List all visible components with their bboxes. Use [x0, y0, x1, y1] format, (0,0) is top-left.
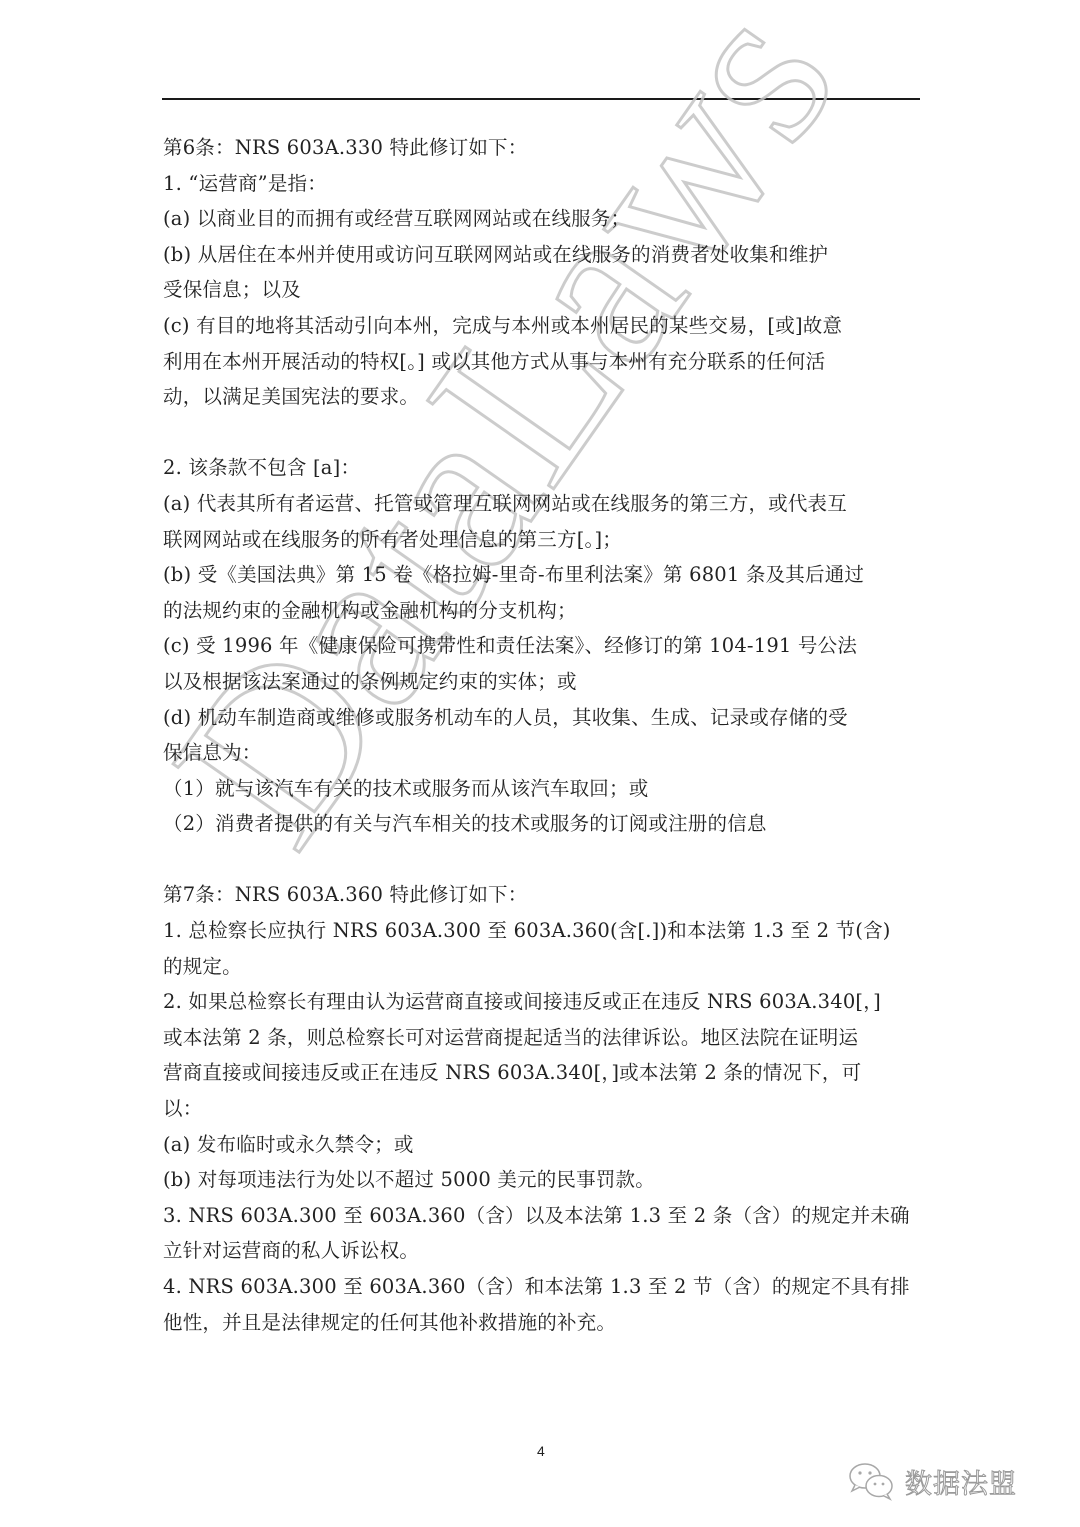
paragraph-line: 以： — [163, 1091, 923, 1127]
paragraph-line: 1. “运营商”是指： — [163, 166, 923, 202]
page-number: 4 — [537, 1443, 545, 1459]
paragraph-line: (a) 代表其所有者运营、托管或管理互联网网站或在线服务的第三方，或代表互 — [163, 486, 923, 522]
paragraph-line: 的法规约束的金融机构或金融机构的分支机构； — [163, 593, 923, 629]
paragraph-line: 2. 如果总检察长有理由认为运营商直接或间接违反或正在违反 NRS 603A.3… — [163, 984, 923, 1020]
paragraph-line: 立针对运营商的私人诉讼权。 — [163, 1233, 923, 1269]
paragraph-line: 2. 该条款不包含 [a]： — [163, 450, 923, 486]
paragraph-line: 的规定。 — [163, 949, 923, 985]
paragraph-line: (d) 机动车制造商或维修或服务机动车的人员，其收集、生成、记录或存储的受 — [163, 700, 923, 736]
paragraph-line: 保信息为： — [163, 735, 923, 771]
paragraph-line: (b) 对每项违法行为处以不超过 5000 美元的民事罚款。 — [163, 1162, 923, 1198]
paragraph-line: (b) 受《美国法典》第 15 卷《格拉姆-里奇-布里利法案》第 6801 条及… — [163, 557, 923, 593]
paragraph-line: (b) 从居住在本州并使用或访问互联网网站或在线服务的消费者处收集和维护 — [163, 237, 923, 273]
paragraph-line: 3. NRS 603A.300 至 603A.360（含）以及本法第 1.3 至… — [163, 1198, 923, 1234]
paragraph-line: 1. 总检察长应执行 NRS 603A.300 至 603A.360(含[.])… — [163, 913, 923, 949]
wechat-icon — [847, 1460, 897, 1502]
paragraph-line: 受保信息；以及 — [163, 272, 923, 308]
paragraph-spacer — [163, 842, 923, 878]
paragraph-line: (c) 受 1996 年《健康保险可携带性和责任法案》、经修订的第 104-19… — [163, 628, 923, 664]
document-body: 第6条：NRS 603A.330 特此修订如下： 1. “运营商”是指： (a)… — [163, 130, 923, 1340]
brand-label: 数据法盟 — [905, 1462, 1017, 1501]
paragraph-line: (a) 以商业目的而拥有或经营互联网网站或在线服务； — [163, 201, 923, 237]
paragraph-line: (c) 有目的地将其活动引向本州，完成与本州或本州居民的某些交易，[或]故意 — [163, 308, 923, 344]
brand-watermark: 数据法盟 — [847, 1460, 1017, 1502]
paragraph-line: （2）消费者提供的有关与汽车相关的技术或服务的订阅或注册的信息 — [163, 806, 923, 842]
paragraph-line: (a) 发布临时或永久禁令；或 — [163, 1127, 923, 1163]
paragraph-line: 他性，并且是法律规定的任何其他补救措施的补充。 — [163, 1305, 923, 1341]
paragraph-line: 或本法第 2 条，则总检察长可对运营商提起适当的法律诉讼。地区法院在证明运 — [163, 1020, 923, 1056]
paragraph-line: 营商直接或间接违反或正在违反 NRS 603A.340[，]或本法第 2 条的情… — [163, 1055, 923, 1091]
paragraph-line: 联网网站或在线服务的所有者处理信息的第三方[。]； — [163, 522, 923, 558]
paragraph-line: （1）就与该汽车有关的技术或服务而从该汽车取回；或 — [163, 771, 923, 807]
section-6-heading: 第6条：NRS 603A.330 特此修订如下： — [163, 130, 923, 166]
paragraph-line: 利用在本州开展活动的特权[。] 或以其他方式从事与本州有充分联系的任何活 — [163, 344, 923, 380]
section-7-heading: 第7条：NRS 603A.360 特此修订如下： — [163, 877, 923, 913]
document-page: DataLaws 第6条：NRS 603A.330 特此修订如下： 1. “运营… — [0, 0, 1080, 1527]
paragraph-spacer — [163, 415, 923, 451]
paragraph-line: 4. NRS 603A.300 至 603A.360（含）和本法第 1.3 至 … — [163, 1269, 923, 1305]
paragraph-line: 动，以满足美国宪法的要求。 — [163, 379, 923, 415]
paragraph-line: 以及根据该法案通过的条例规定约束的实体；或 — [163, 664, 923, 700]
